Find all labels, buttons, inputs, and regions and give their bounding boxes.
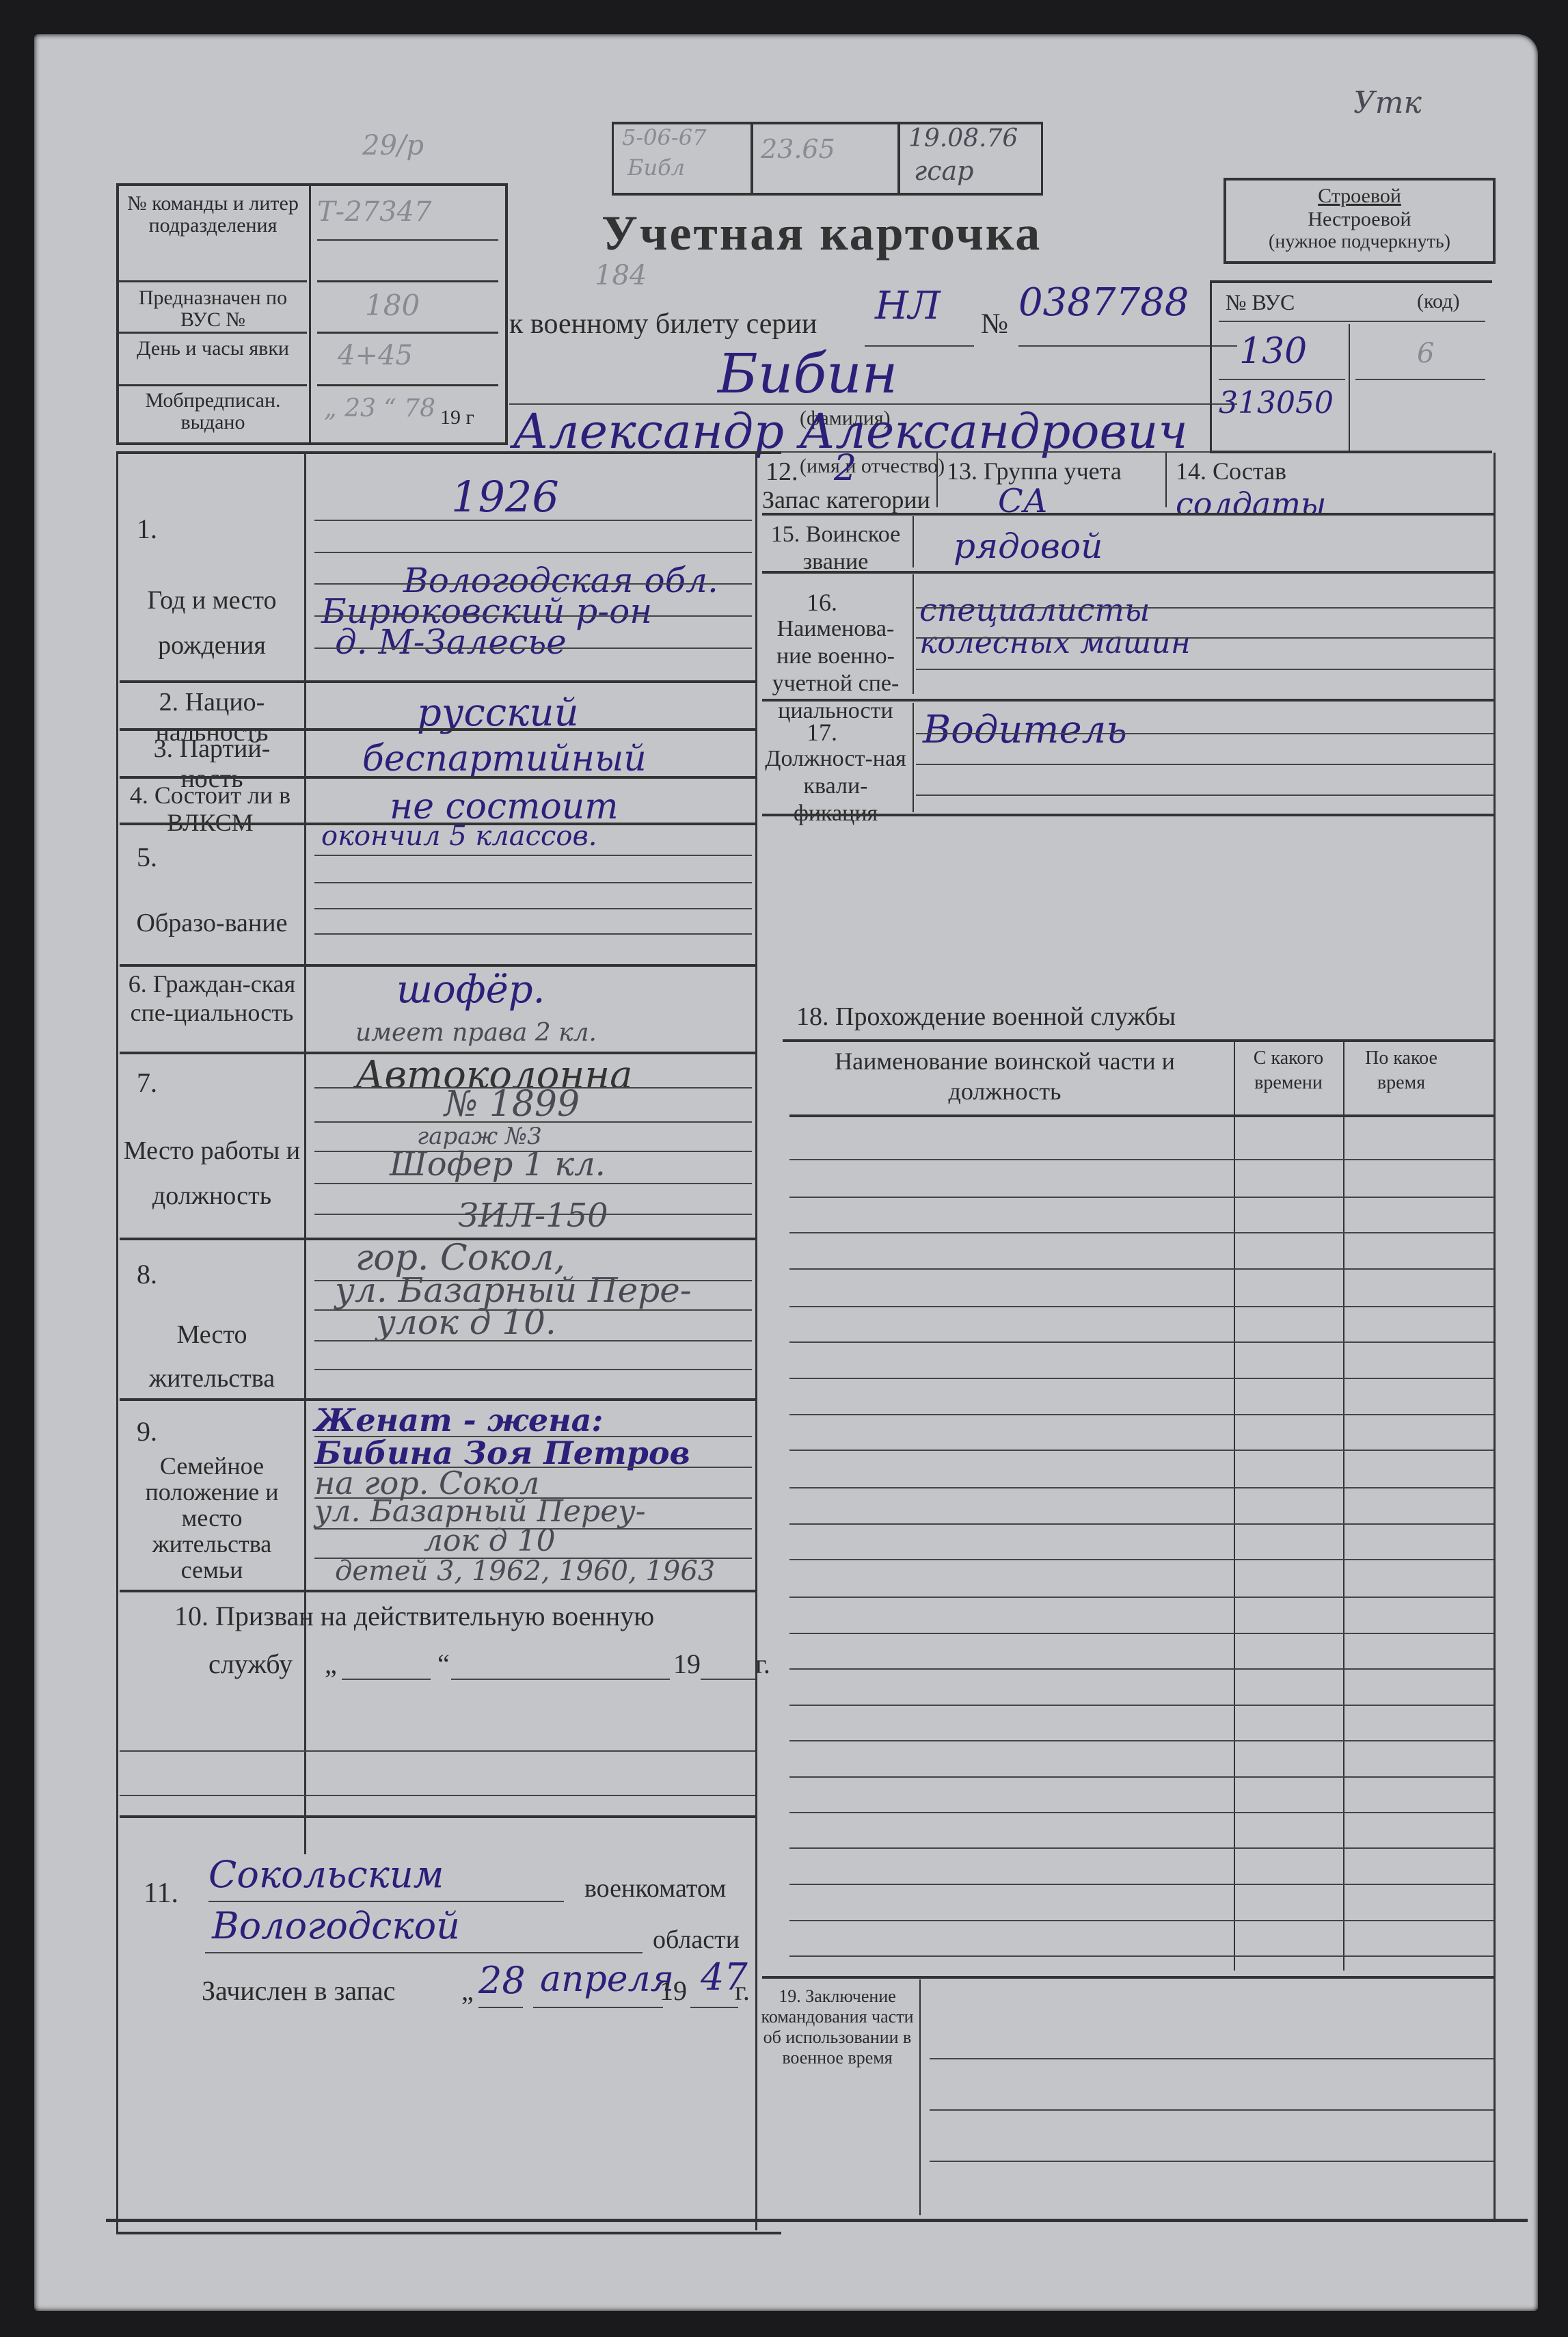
label-birth: Год и место рождения	[123, 578, 301, 668]
label-mob-order: Мобпредписан. выдано	[119, 390, 307, 433]
label-reserve-category: Запас категории	[762, 485, 930, 514]
stamp-cell-3: 19.08.76 гсар	[897, 124, 1044, 193]
label-report-time: День и часы явки	[119, 338, 307, 360]
value-vus-assigned: 180	[365, 289, 420, 322]
conscription-label: 10. Призван на действительную военную	[174, 1600, 654, 1632]
value-report-time: 4+45	[338, 340, 413, 371]
label-family: Семейное положение и место жительства се…	[123, 1453, 301, 1583]
residence-line-3: улок д 10.	[376, 1303, 556, 1342]
col-from-date: С какого времени	[1241, 1046, 1336, 1095]
military-specialty-line-1: специалисты	[919, 591, 1150, 628]
workplace-line-4: Шофер 1 кл.	[390, 1145, 606, 1184]
ticket-prefix: к военному билету серии	[509, 308, 817, 340]
col-unit-position: Наименование воинской части и должность	[786, 1046, 1224, 1106]
left-header-box: № команды и литер подразделения Т-27347 …	[116, 183, 508, 445]
value-command-no: Т-27347	[317, 196, 431, 228]
label-composition: 14. Состав	[1176, 457, 1286, 485]
vus-value: 130	[1239, 331, 1307, 372]
stamp-cell-2: 23.65	[761, 134, 835, 164]
service-type-option-stroevoy[interactable]: Строевой	[1226, 185, 1493, 208]
col-to-date: По какое время	[1350, 1046, 1452, 1095]
label-command-conclusion: 19. Заключение командования части об исп…	[759, 1986, 916, 2068]
ticket-number: 0387788	[1018, 280, 1189, 325]
birth-year: 1926	[451, 472, 559, 522]
registration-card: Утк 29/р 5-06-67 Библ 23.65 19.08.76 гса…	[34, 34, 1538, 2311]
label-residence: Место жительства	[123, 1313, 301, 1400]
vus-box: № ВУС (код) 130 6 313050	[1210, 280, 1492, 453]
label-command-no: № команды и литер подразделения	[119, 193, 307, 237]
civil-specialty-extra: имеет права 2 кл.	[355, 1019, 597, 1047]
label-rank: 15. Воинское звание	[762, 521, 909, 576]
service-type-box: Строевой Нестроевой (нужное подчеркнуть)	[1224, 178, 1496, 264]
service-history-title: 18. Прохождение военной службы	[796, 1002, 1176, 1032]
education-value: окончил 5 классов.	[321, 820, 597, 852]
family-line-5: лок д 10	[424, 1523, 556, 1558]
workplace-line-2: № 1899	[444, 1084, 580, 1125]
birth-place-line-3: д. М-Залесье	[335, 622, 567, 662]
reserve-category-value: 2	[834, 448, 856, 489]
label-komsomol: 4. Состоит ли в ВЛКСМ	[120, 782, 301, 836]
civil-specialty-value: шофёр.	[396, 967, 545, 1012]
military-specialty-line-2: колесных машин	[919, 626, 1191, 660]
label-education: Образо-вание	[123, 896, 301, 950]
reserve-day: 28	[478, 1959, 526, 2002]
family-line-1: Женат - жена:	[314, 1402, 603, 1439]
label-account-group: 13. Группа учета	[947, 457, 1122, 485]
workplace-line-5: ЗИЛ-150	[458, 1197, 608, 1235]
rank-value: рядовой	[954, 526, 1103, 566]
service-type-option-nestroevoy[interactable]: Нестроевой	[1226, 208, 1493, 231]
extra-number: 313050	[1219, 386, 1334, 420]
komissariat-value: Сокольским	[208, 1853, 444, 1896]
corner-note: Утк	[1353, 85, 1422, 120]
faint-note: 29/р	[362, 130, 424, 161]
oblast-value: Вологодской	[212, 1904, 460, 1947]
reserve-month: апреля	[540, 1959, 674, 2000]
label-workplace: Место работы и должность	[123, 1128, 301, 1218]
composition-value: солдаты	[1176, 485, 1326, 522]
label-military-specialty: Наименова-ние военно-учетной спе-циально…	[762, 615, 909, 725]
qualification-value: Водитель	[923, 708, 1127, 752]
reserve-label: Зачислен в запас	[202, 1975, 395, 2007]
party-value: беспартийный	[362, 738, 647, 779]
family-line-6: детей 3, 1962, 1960, 1963	[335, 1555, 715, 1587]
ticket-series: НЛ	[875, 284, 941, 328]
surname-value: Бибин	[718, 342, 897, 405]
label-vus-assigned: Предназначен по ВУС №	[119, 287, 307, 331]
stamp-cell-1: 5-06-67 Библ	[614, 124, 753, 193]
top-stamp-box: 5-06-67 Библ 23.65 19.08.76 гсар	[612, 122, 1043, 196]
label-civil-specialty: 6. Граждан-ская спе-циальность	[123, 970, 301, 1027]
page-title: Учетная карточка	[601, 205, 1042, 262]
value-mob-order: „ 23 “ 78	[324, 395, 435, 423]
